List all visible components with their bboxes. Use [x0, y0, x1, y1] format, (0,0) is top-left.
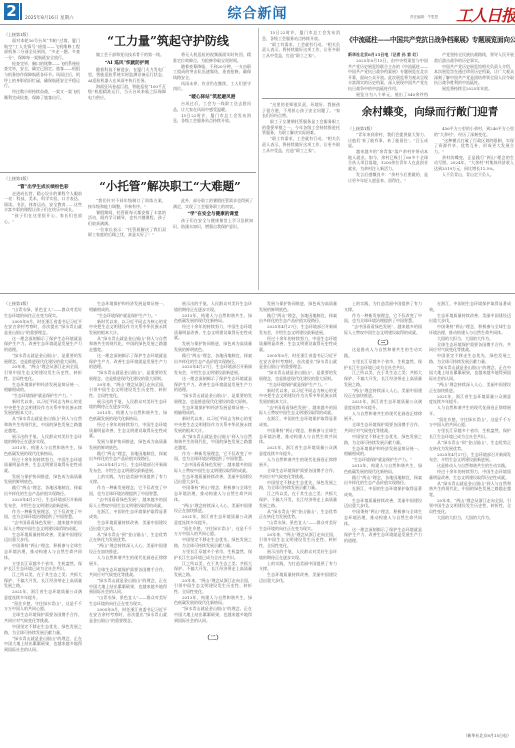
paragraph: “绿水青山就是金山银山”的理念，正在中国大地上结出累累硕果，也越来越多地得到国际… — [174, 606, 252, 623]
article-column: 生态环境保护和经济发展是辩证统一、相辅相成的。 “生态环境保护就是保护生产力。”… — [89, 301, 167, 745]
headline: “小托管”解决职工“大难题” — [86, 178, 254, 194]
paragraph: 职工子女暑期托管服务是工会服务职工的重要举措之一，今年各级工会持续推进托管服务，… — [262, 119, 340, 136]
paragraph: 中国秉持“两山”理念，积极参与全球生态环境治理，推动构建人与自然生命共同体。 — [429, 324, 511, 335]
byline: （上接第1版） — [4, 176, 82, 182]
article-guardian: （上接第1版） 面对本轮16号台风“韦帕”过境，厦门航空“工人先锋号”班组——飞… — [0, 26, 254, 171]
paragraph: 2013年，构建人与自然和谐共生、绿色低碳发展的现代化新格局。 — [4, 445, 82, 456]
section-title: 综合新闻 — [0, 3, 515, 23]
paragraph: 中国共产党历史展览馆相关负责人介绍，本次展览旨在通过珍贵历史档案，让广大观众深刻… — [434, 64, 514, 86]
paragraph: 2021年，浙江省生态环境质量公众满意度连续多年提升。 — [429, 394, 511, 405]
section-rule — [0, 293, 515, 294]
paragraph: “去中国看看绿色发展”，越来越多的国际人士赞叹中国生态文明建设取得的成就。 — [4, 520, 82, 531]
paragraph: 展示出的手笔，人民群众对美好生态环境的期待正在逐步实现。 — [174, 301, 252, 312]
paragraph: “去中国看看绿色发展”，越来越多的国际人士赞叹中国生态文明建设取得的成就。 — [344, 324, 422, 335]
article-column: 在浙江，中国的生态环境保护取得显著成效。 生态环境质量持续改善，美丽中国建设迈出… — [429, 301, 511, 745]
paragraph: 2013年，构建人与自然和谐共生、绿色低碳发展的现代化新格局。 — [89, 410, 167, 421]
paragraph: 经过十余年的持续努力，中国生态环境质量明显改善，生态文明建设取得历史性成就。 — [429, 469, 511, 480]
paragraph: 大国的大担当，大国的大作为。 — [429, 336, 511, 342]
paragraph: 生态环境质量持续改善，美丽中国建设迈出重大步伐。 — [259, 572, 337, 583]
paragraph: 产党坚持全民族抗战路线，领导人民开展敌后游击战争的历史事实。 — [434, 52, 514, 63]
paragraph: 2025年4月27日，生态环境部召开新闻发布会，介绍生态文明建设最新进展。 — [259, 324, 337, 335]
article-column: 15日22时许，厦门市总工会发布消息，各级工会服务站点持续开放。 “职工有需求，… — [262, 30, 340, 98]
paragraph: “职工有需求，工会就有行动。”相关负责人表示，将持续做好这项工作，让更多职工从中… — [262, 136, 340, 153]
paragraph: 江之所以美，在于其生态之美；共抓大保护、不搞大开发，长江经济带走上高质量发展之路… — [174, 561, 252, 578]
article-column: “这里的老师很负责，环境好，我接孩子很方便，不用担心孩子安全问题了。”家长们纷纷… — [262, 102, 340, 288]
article-column: （上接第1版） 面对本轮16号台风“韦帕”过境，厦门航空“工人先锋号”班组——飞… — [4, 32, 80, 170]
paragraph: 作为一种新发展理念，它不仅改变了中国，也为全球环境治理提供了中国智慧。 — [344, 313, 422, 324]
paragraph: 在浙江，中国的生态环境保护取得显著成效。 — [89, 509, 167, 520]
paragraph: 在浙江，中国的生态环境保护取得显著成效。 — [344, 486, 422, 497]
paragraph: 这一理念深刻揭示了保护生态环境就是保护生产力、改善生态环境就是发展生产力的道理。 — [344, 527, 422, 544]
paragraph: 台风过后，工会为一线职工送去慰问品，让大家在风雨中感受温暖。 — [173, 101, 251, 112]
paragraph: 从“绿水青山就是金山银山”到人与自然和谐共生的现代化，中国的绿色发展之路越走越宽… — [429, 481, 511, 498]
article-column: 展示出的手笔，人民群众对美好生态环境的期待正在逐步实现。 2013年，构建人与自… — [174, 301, 252, 745]
paragraph: 万里长江穿越多个省市，生机盎然，保护长江生态环境已成为全社会共识。 — [344, 359, 422, 370]
paragraph: 从“绿水青山”到“金山银山”，生态优势正在转化为发展优势。 — [429, 440, 511, 451]
article-daycare: （上接第1版） “管”出学生成长缤纷色彩 走进成长营，精心设计的课程令人眼前一亮… — [0, 174, 256, 292]
paragraph: 2021年，浙江省生态环境质量公众满意度连续多年提升。 — [344, 399, 422, 410]
paragraph: 发言后感慨良多：“余村今后要做的，是让更多年轻人愿意来、留得住。” — [348, 172, 428, 183]
paragraph: “职工有需求，工会就有行动。”相关负责人表示，将持续做好这项工作，让更多职工从中… — [262, 42, 340, 59]
paragraph: 暑假期间，托管班每天都安排了丰富的活动，既有学习辅导，也有兴趣课程，孩子们收获满… — [88, 210, 166, 227]
article-column: 发展与保护协同推进，绿色成为高质量发展的鲜明底色。 践行“两山”理念，各地因地制… — [259, 301, 337, 745]
paragraph: 2021年，浙江省生态环境质量公众满意度连续多年提升。 — [174, 514, 252, 525]
article-column: 将无人机巡检的视频画面实时传回，精准定位故障点，为抢修争取宝贵时间。 随着夜幕降… — [173, 52, 251, 170]
article-column: （上接第1版） “山青水绿，景色宜人”——群众对美好生态环境的向往正在变为现实。… — [4, 301, 82, 745]
paragraph: 20年来，“两山”理念从浙江走向全国，引领中国生态文明建设发生历史性、转折性、全… — [429, 498, 511, 515]
paragraph: 这一理念深刻揭示了保护生态环境就是保护生产力、改善生态环境就是发展生产力的道理。 — [89, 353, 167, 370]
paragraph: 践行“两山”理念，各地因地制宜，探索出多样化的生态产品价值实现路径。 — [4, 485, 82, 496]
paragraph: “去中国看看绿色发展”，越来越多的国际人士赞叹中国生态文明建设取得的成就。 — [259, 405, 337, 416]
article-column: “我们针对不同年级制订了训练方案，按年级和能力调整，节奏有序。” 暑假期间，托管… — [88, 198, 166, 290]
paragraph: 在浙江，中国的生态环境保护取得显著成效。 — [259, 416, 337, 427]
paragraph: 经过数小时持续奋战，一架又一架飞机顺利完成检查，保障了旅客出行。 — [4, 89, 80, 100]
paragraph: 从“绿水青山”到“金山银山”，生态优势正在转化为发展优势。 — [89, 532, 167, 543]
subheading: “暖心驿站”筑起避风港 — [173, 95, 251, 101]
paragraph: 2025年4月27日，生态环境部召开新闻发布会，介绍生态文明建设最新进展。 — [174, 364, 252, 375]
paragraph: 发展与保护协同推进，绿色成为高质量发展的鲜明底色。 — [259, 301, 337, 312]
subheading: “AI 巡风”织就防护网 — [88, 61, 166, 67]
signoff: （新华社北京8月15日电） — [429, 733, 511, 739]
paragraph: “山青水绿，景色宜人”——群众对美好生态环境的向往正在变为现实。 — [259, 520, 337, 531]
paragraph: “山青水绿，景色宜人”——群众对美好生态环境的向往正在变为现实。 — [4, 307, 82, 318]
paragraph: 2013年，构建人与自然和谐共生、绿色低碳发展的现代化新格局。 — [174, 313, 252, 324]
paragraph: 2013年，构建人与自然和谐共生、绿色低碳发展的现代化新格局。 — [174, 595, 252, 606]
editor-credit: 责任编辑：牛思思 — [410, 15, 438, 20]
paragraph: 人不负青山，青山定不负人。 — [434, 172, 514, 178]
paragraph: 20年来，“两山”理念从浙江走向全国，引领中国生态文明建设发生历史性、转折性、全… — [4, 364, 82, 381]
paragraph: 上的实践，为打造美丽中国提供了有力支撑。 — [344, 301, 422, 312]
paragraph: 20年来，“两山”理念从浙江走向全国，引领中国生态文明建设发生历史性、转折性、全… — [89, 382, 167, 399]
paragraph: “生态环境保护就是保护生产力。” — [259, 382, 337, 388]
paragraph: “两山”理念持续深入人心，美丽中国建设正在加快推进。 — [344, 388, 422, 399]
paragraph: 生态环境保护和经济发展是辩证统一、相辅相成的。 — [344, 446, 422, 457]
paragraph: 从“绿水青山就是金山银山”到人与自然和谐共生的现代化，中国的绿色发展之路越走越宽… — [89, 336, 167, 353]
paragraph: 风雨未停，作业仍在继续，工人们坚守岗位。 — [173, 81, 251, 92]
paragraph: 发展与保护协同推进，绿色成为高质量发展的鲜明底色。 — [4, 474, 82, 485]
subheading: “学”在安全与健康的课堂 — [173, 212, 253, 218]
paragraph: 新时代以来，以习近平同志为核心的党中央把生态文明建设作为关系中华民族永续发展的根… — [4, 399, 82, 416]
byline: （上接第1版） — [4, 301, 82, 307]
article-column: 上的实践，为打造美丽中国提供了有力支撑。 作为一种新发展理念，它不仅改变了中国，… — [344, 301, 422, 745]
paragraph: 践行“两山”理念，各地因地制宜，探索出多样化的生态产品价值实现路径。 — [259, 313, 337, 324]
paragraph: 2025年4月27日，生态环境部召开新闻发布会，介绍生态文明建设最新进展。 — [4, 497, 82, 508]
paragraph: 人与自然和谐共生的现代化画卷正徐徐展开。 — [259, 457, 337, 468]
article-column: 此外，部分职工的暑假托管需求也得到了满足，实现了工会服务职工的初衷。 “学”在安… — [173, 198, 253, 290]
paragraph: “去中国看看绿色发展”，越来越多的国际人士赞叹中国生态文明建设取得的成就。 — [174, 462, 252, 473]
paragraph: “留住乡愁，守住绿水青山”，这是千千万万中国人的共同心愿。 — [4, 601, 82, 612]
paragraph: 新时代以来，以习近平同志为核心的党中央把生态文明建设作为关系中华民族永续发展的根… — [89, 319, 167, 336]
paragraph: 中国秉持“两山”理念，积极参与全球生态环境治理，推动构建人与自然生命共同体。 — [174, 485, 252, 502]
paragraph: 经过十余年的持续努力，中国生态环境质量明显改善，生态文明建设取得历史性成就。 — [259, 336, 337, 353]
paragraph: 践行“两山”理念，各地因地制宜，探索出多样化的生态产品价值实现路径。 — [344, 475, 422, 486]
paragraph: 作为一种新发展理念，它不仅改变了中国，也为全球环境治理提供了中国智慧。 — [174, 451, 252, 462]
section-marker-two: （二） — [174, 633, 252, 647]
article-column: 456平方公里的小余村，到246平方公里的“大余村”，经历了深刻变化。 “这种模… — [434, 126, 514, 286]
paragraph: 越来越多的“余青客”落户余村并带动本地人就业。如今，余村已吸引了60多个全球合伙… — [348, 149, 428, 171]
article-exhibition: 15日22时许，厦门市总工会发布消息，各级工会服务站点持续开放。 “职工有需求，… — [262, 26, 515, 98]
paragraph: 中国秉持“两山”理念，积极参与全球生态环境治理，推动构建人与自然生命共同体。 — [344, 509, 422, 526]
paragraph: 践行“两山”理念，各地因地制宜，探索出多样化的生态产品价值实现路径。 — [174, 353, 252, 364]
paragraph: 随着夜幕降临，不到20分钟，一支由职工组成的突击队迅速集结，连夜抢修，确保线路安… — [173, 64, 251, 81]
paragraph: 20年来，“两山”理念从浙江走向全国，引领中国生态文明建设发生历史性、转折性、全… — [174, 578, 252, 595]
paragraph: 全球生态环境保护需要各国携手合作，共同应对气候变化等挑战。 — [429, 342, 511, 353]
paragraph: 在浙江，中国的生态环境保护取得显著成效。 — [429, 301, 511, 312]
paragraph: 2013年，构建人与自然和谐共生、绿色低碳发展的现代化新格局。 — [344, 463, 422, 474]
paragraph: 中国秉持“两山”理念，积极参与全球生态环境治理，推动构建人与自然生命共同体。 — [259, 428, 337, 445]
paragraph: 从“绿水青山就是金山银山”到人与自然和谐共生的现代化，中国的绿色发展之路越走越宽… — [174, 434, 252, 451]
paragraph: “这里的老师很负责，环境好，我接孩子很方便，不用担心孩子安全问题了。”家长们纷纷… — [262, 102, 340, 119]
paragraph: 2021年，浙江省生态环境质量公众满意度连续多年提升。 — [4, 589, 82, 600]
paragraph: 全球生态环境保护需要各国携手合作，共同应对气候变化等挑战。 — [89, 567, 167, 578]
paragraph: 生态环境质量持续改善，美丽中国建设迈出重大步伐。 — [4, 532, 82, 543]
paragraph: 中国坚定不移走生态优先、绿色发展之路，为全球可持续发展贡献力量。 — [429, 353, 511, 364]
newspaper-logo: 工人日报 — [456, 3, 515, 26]
paragraph: “两山”理念持续深入人心，美丽中国建设正在加快推进。 — [429, 382, 511, 393]
paragraph: 新时代以来，以习近平同志为核心的党中央把生态文明建设作为关系中华民族永续发展的根… — [174, 416, 252, 433]
paragraph: “留住乡愁，守住绿水青山”，这是千千万万中国人的共同心愿。 — [174, 526, 252, 537]
paragraph: 人与自然和谐共生的现代化画卷正徐徐展开。 — [89, 555, 167, 566]
paragraph: 孩子们在安全与健康课堂上学习急救知识、防溺水知识，增强自我保护意识。 — [173, 218, 253, 229]
paragraph: 经过十余年的持续努力，中国生态环境质量明显改善，生态文明建设取得历史性成就。 — [4, 457, 82, 474]
section-number: （二） — [174, 636, 252, 642]
paragraph: 中国坚定不移走生态优先、绿色发展之路，为全球可持续发展贡献力量。 — [344, 434, 422, 445]
paragraph: “我们针对不同年级制订了训练方案，按年级和能力调整，节奏有序。” — [88, 198, 166, 209]
paragraph: 江之所以美，在于其生态之美；共抓大保护、不搞大开发，长江经济带走上高质量发展之路… — [344, 370, 422, 387]
paragraph: 展示出的手笔，人民群众对美好生态环境的期待正在逐步实现。 — [89, 399, 167, 410]
paragraph: 15日22时许，厦门市总工会发布消息，各级工会服务站点持续开放。 — [173, 113, 251, 124]
paragraph: “绿水青山就是金山银山”的理念，正在中国大地上结出累累硕果，也越来越多地得到国际… — [429, 365, 511, 382]
paragraph: 发展与保护协同推进，绿色成为高质量发展的鲜明底色。 — [174, 341, 252, 352]
paragraph: 生态环境质量持续改善，美丽中国建设迈出重大步伐。 — [89, 520, 167, 531]
article-column: 新华社北京8月15日电（记者 孙 家 红） 2025年8月15日，由中央档案馆与… — [348, 52, 428, 98]
paragraph: 2025年4月27日，生态环境部召开新闻发布会，介绍生态文明建设最新进展。 — [89, 462, 167, 473]
paragraph: 生态环境质量持续改善，美丽中国建设迈出重大步伐。 — [174, 474, 252, 485]
paragraph: “绿水青山就是金山银山”，是重要的发展理念，也是推进现代化建设的重大原则。 — [4, 353, 82, 364]
column-divider — [258, 28, 259, 290]
paragraph: 2005年8月，时任浙江省委书记习近平在安吉余村考察时，首次提出“绿水青山就是金… — [259, 353, 337, 370]
subheading: “管”出学生成长缤纷色彩 — [4, 185, 82, 191]
paragraph: 15日22时许，厦门市总工会发布消息，各级工会服务站点持续开放。 — [262, 30, 340, 41]
paragraph: “去中国看看绿色发展”，越来越多的国际人士赞叹中国生态文明建设取得的成就。 — [89, 497, 167, 508]
paragraph: 人与自然和谐共生的现代化画卷正徐徐展开。 — [344, 411, 422, 422]
paragraph: 中国坚定不移走生态优先、绿色发展之路，为全球可持续发展贡献力量。 — [259, 480, 337, 491]
paragraph: 从“绿水青山就是金山银山”到人与自然和谐共生的现代化，中国的绿色发展之路越走越宽… — [4, 416, 82, 433]
masthead: 2 2025年8月16日 星期六 综合新闻 责任编辑：牛思思 工人日报 — [0, 0, 515, 25]
paragraph: 全球生态环境保护需要各国携手合作，共同应对气候变化等挑战。 — [344, 422, 422, 433]
paragraph: 生态环境保护和经济发展是辩证统一、相辅相成的。 — [174, 405, 252, 416]
paragraph: 生态环境保护和经济发展是辩证统一、相辅相成的。 — [89, 301, 167, 312]
dateline: 新华社北京8月15日电（记者 孙 家 红） — [348, 52, 428, 58]
paragraph: 从“绿水青山”到“金山银山”，生态优势正在转化为发展优势。 — [259, 509, 337, 520]
paragraph: 生态环境保护和经济发展是辩证统一、相辅相成的。 — [4, 382, 82, 393]
paragraph: 2005年8月，时任浙江省委书记习近平在安吉余村考察时，首次提出“绿水青山就是金… — [89, 607, 167, 624]
paragraph: 作为一种新发展理念，它不仅改变了中国，也为全球环境治理提供了中国智慧。 — [4, 509, 82, 520]
paragraph: 全球生态环境保护需要各国携手合作，共同应对气候变化等挑战。 — [4, 612, 82, 623]
paragraph: “山青水绿，景色宜人”——群众对美好生态环境的向往正在变为现实。 — [89, 595, 167, 606]
paragraph: 2005年8月，时任浙江省委书记习近平在安吉余村考察时，首次提出“绿水青山就是金… — [4, 319, 82, 336]
paragraph: 检查完毕，胸口的铭牌——飞机系统检查完毕，安全，确定已固定。旅客——机组与机务协… — [4, 61, 80, 89]
article-column: （上接第1版） “青年来到余村，我们会提供最大努力、让他们‘来了能有事、来了能留… — [348, 126, 428, 286]
paragraph: 经过十余年的持续努力，中国生态环境质量明显改善，生态文明建设取得历史性成就。 — [174, 324, 252, 341]
paragraph: 江之所以美，在于其生态之美；共抓大保护、不搞大开发，长江经济带走上高质量发展之路… — [4, 572, 82, 589]
paragraph: 这一理念深刻揭示了保护生态环境就是保护生产力、改善生态环境就是发展生产力的道理。 — [174, 376, 252, 393]
paragraph: 大国的大担当，大国的大作为。 — [429, 515, 511, 521]
paragraph: 将无人机巡检的视频画面实时传回，精准定位故障点，为抢修争取宝贵时间。 — [173, 52, 251, 63]
byline: （上接第1版） — [4, 32, 80, 38]
signoff-box: （新华社北京8月15日电） — [429, 733, 511, 743]
paragraph: 展示出的手笔，人民群众对美好生态环境的期待正在逐步实现。 — [4, 434, 82, 445]
paragraph: 上的实践，为打造美丽中国提供了有力支撑。 — [89, 474, 167, 485]
paragraph: 展示出的手笔，人民群众对美好生态环境的期待正在逐步实现。 — [259, 549, 337, 560]
article-yucun: “这里的老师很负责，环境好，我接孩子很方便，不用担心孩子安全问题了。”家长们纷纷… — [262, 100, 515, 290]
paragraph: 海面狂风卷起巨浪，智能巡检“100千瓦级”机组精准运行，当天台风来临之际保障电力… — [88, 84, 166, 101]
paragraph: 上的实践，为打造美丽中国提供了有力支撑。 — [259, 561, 337, 572]
paragraph: “绿水青山就是金山银山”的理念，正在中国大地上结出累累硕果，也越来越多地得到国际… — [4, 636, 82, 653]
paragraph: 万里长江穿越多个省市，生机盎然，保护长江生态环境已成为全社会共识。 — [174, 549, 252, 560]
paragraph: 做工会干部和党员技术骨干的第一线。 — [88, 52, 166, 58]
paragraph: 456平方公里的小余村，到246平方公里的“大余村”，经历了深刻变化。 — [434, 126, 514, 137]
paragraph: 发展与保护协同推进，绿色成为高质量发展的鲜明底色。 — [89, 439, 167, 450]
paragraph: “绿水青山就是金山银山”，是重要的发展理念，也是推进现代化建设的重大原则。 — [89, 370, 167, 381]
article-column: 产党坚持全民族抗战路线，领导人民开展敌后游击战争的历史事实。 中国共产党历史展览… — [434, 52, 514, 98]
paragraph: 中国坚定不移走生态优先、绿色发展之路，为全球可持续发展贡献力量。 — [174, 537, 252, 548]
paragraph: 20年来，“两山”理念从浙江走向全国，引领中国生态文明建设发生历史性、转折性、全… — [259, 532, 337, 549]
paragraph: 2021年，浙江省生态环境质量公众满意度连续多年提升。 — [259, 445, 337, 456]
paragraph: 随着科技不断进步，在厦门火力发电厂里，智能巡检系统实时监测设备运行状态，AI巡检… — [88, 67, 166, 84]
paragraph: 全球生态环境保护需要各国携手合作，共同应对气候变化等挑战。 — [259, 468, 337, 479]
paragraph: “生态环境保护就是保护生产力。” — [89, 313, 167, 319]
paragraph: “生态环境保护就是保护生产力。” — [344, 457, 422, 463]
article-column: （上接第1版） “管”出学生成长缤纷色彩 走进成长营，精心设计的课程令人眼前一亮… — [4, 176, 82, 290]
paragraph: 江之所以美，在于其生态之美；共抓大保护、不搞大开发，长江经济带走上高质量发展之路… — [259, 491, 337, 508]
paragraph: 这一理念深刻揭示了保护生态环境就是保护生产力、改善生态环境就是发展生产力的道理。 — [4, 336, 82, 353]
paragraph: “绿水青山就是金山银山”，是重要的发展理念，也是推进现代化建设的重大原则。 — [174, 393, 252, 404]
paragraph: 面对本轮16号台风“韦帕”过境，厦门航空“工人先锋号”班组——飞机维修工程部机务… — [4, 38, 80, 60]
paragraph: 经过十余年的持续努力，中国生态环境质量明显改善，生态文明建设取得历史性成就。 — [89, 422, 167, 439]
paragraph: 中国秉持“两山”理念，积极参与全球生态环境治理，推动构建人与自然生命共同体。 — [4, 543, 82, 560]
paragraph: 作为一种新发展理念，它不仅改变了中国，也为全球环境治理提供了中国智慧。 — [89, 485, 167, 496]
headline: “工力量”筑起守护防线 — [84, 32, 252, 49]
paragraph: “孩子们在这里很开心，家长们也放心。” — [4, 213, 82, 224]
paragraph: “两山”理念持续深入人心，美丽中国建设正在加快推进。 — [89, 543, 167, 554]
paragraph: 此外，部分职工的暑假托管需求也得到了满足，实现了工会服务职工的初衷。 — [173, 198, 253, 209]
paragraph: 2025年8月15日，由中央档案馆与中国共产党历史展览馆联合主办的《中流砥柱——… — [348, 58, 428, 92]
paragraph: 人与自然和谐共生的现代化画卷正徐徐展开。 — [429, 405, 511, 416]
paragraph: “生态环境保护就是保护生产力。” — [4, 393, 82, 399]
article-column: 做工会干部和党员技术骨干的第一线。 “AI 巡风”织就防护网 随着科技不断进步，… — [88, 52, 166, 170]
headline: 余村蝶变，向绿而行敞门迎青 — [346, 104, 514, 119]
paragraph: 一位家长表示：“托管班解决了我们双职工家庭的后顾之忧，真是太好了！” — [88, 227, 166, 238]
article-green-mountain: （上接第1版） “山青水绿，景色宜人”——群众对美好生态环境的向往正在变为现实。… — [0, 295, 515, 748]
paragraph: 践行“两山”理念，各地因地制宜，探索出多样化的生态产品价值实现路径。 — [89, 451, 167, 462]
paragraph: 万里长江穿越多个省市，生机盎然，保护长江生态环境已成为全社会共识。 — [429, 428, 511, 439]
paragraph: 这是推动人与自然和谐共生的生动实践。 — [344, 347, 422, 358]
headline: 《中流砥柱——中国共产党抗日战争档案展》专题展览面向公众开放 — [346, 34, 514, 44]
paragraph: “绿水青山就是金山银山”，是重要的发展理念，也是推进现代化建设的重大原则。 — [259, 370, 337, 381]
paragraph: 生态环境质量持续改善，美丽中国建设迈出重大步伐。 — [344, 498, 422, 509]
byline: （上接第1版） — [348, 126, 428, 132]
paragraph: 展览将持续至2025年年底。 — [434, 86, 514, 92]
paragraph: 余村的蝶变，正是践行“两山”理念的生动写照。2024年，“大余村”村集体经济收入… — [434, 155, 514, 172]
paragraph: “这种模式打破了行政区划的限制，实现了资源共享、优势互补，形成更大发展合力。” — [434, 138, 514, 155]
paragraph: “绿水青山就是金山银山”的理念，正在中国大地上结出累累硕果，也越来越多地得到国际… — [89, 578, 167, 595]
paragraph: 万里长江穿越多个省市，生机盎然，保护长江生态环境已成为全社会共识。 — [4, 561, 82, 572]
paragraph: “青年来到余村，我们会提供最大努力、让他们‘来了能有事、来了能留住’。”汪玉成说… — [348, 132, 428, 149]
paragraph: 新时代以来，以习近平同志为核心的党中央把生态文明建设作为关系中华民族永续发展的根… — [259, 388, 337, 405]
paragraph: “留住乡愁，守住绿水青山”，这是千千万万中国人的共同心愿。 — [429, 417, 511, 428]
paragraph: 生态环境质量持续改善，美丽中国建设迈出重大步伐。 — [429, 313, 511, 324]
section-rule — [0, 172, 256, 173]
paragraph: 中国坚定不移走生态优先、绿色发展之路，为全球可持续发展贡献力量。 — [4, 624, 82, 635]
section-rule — [262, 98, 515, 99]
paragraph: “两山”理念持续深入人心，美丽中国建设正在加快推进。 — [174, 503, 252, 514]
paragraph: 2025年4月27日，生态环境部召开新闻发布会，介绍生态文明建设最新进展。 — [429, 452, 511, 463]
paragraph: 这是推动人与自然和谐共生的生动实践。 — [429, 463, 511, 469]
paragraph: 走进成长营，精心设计的课程令人眼前一亮：科技、美术、科学实验、口才表达、阅读、书… — [4, 191, 82, 213]
